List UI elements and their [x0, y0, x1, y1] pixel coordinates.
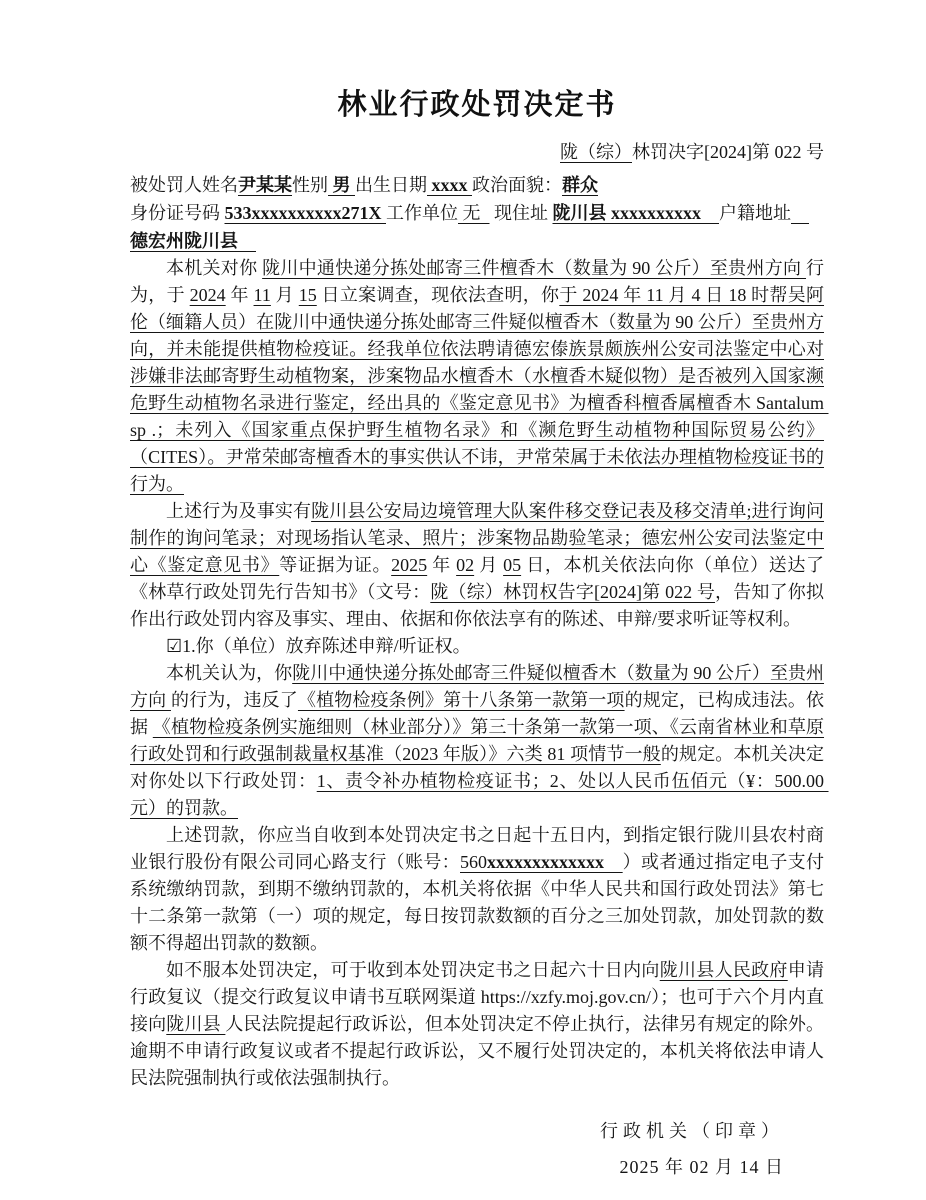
text-segment: 林罚决字[2024]第 022 号: [632, 142, 824, 162]
text-segment: 2025: [391, 555, 427, 575]
text-segment: 陇川县人民政府: [660, 960, 788, 980]
decision-date: 2025 年 02 月 14 日: [130, 1154, 784, 1181]
appeal-paragraph: 如不服本处罚决定，可于收到本处罚决定书之日起六十日内向陇川县人民政府申请行政复议…: [130, 957, 824, 1092]
text-segment: 陇川县: [166, 1014, 225, 1034]
text-segment: 工作单位: [386, 203, 458, 223]
text-segment: 月: [271, 285, 299, 305]
text-segment: 15: [299, 285, 317, 305]
text-segment: 年: [226, 285, 254, 305]
text-segment: xxxx: [427, 175, 472, 195]
text-segment: 男: [328, 175, 355, 195]
issuing-authority: 行政机关（印章）: [130, 1118, 784, 1145]
text-segment: 2024: [190, 285, 226, 305]
facts-paragraph: 本机关对你 陇川中通快递分拣处邮寄三件檀香木（数量为 90 公斤）至贵州方向 行…: [130, 255, 824, 498]
text-segment: 尹某某: [238, 175, 292, 195]
waiver-checkbox-line: ☑1.你（单位）放弃陈述申辩/听证权。: [130, 633, 824, 660]
text-segment: 陇川县 xxxxxxxxxx: [553, 203, 720, 223]
text-segment: 现住址: [490, 203, 553, 223]
text-segment: 无: [458, 203, 490, 223]
respondent-info-line-3: 德宏州陇川县: [130, 227, 824, 255]
respondent-info-line-1: 被处罚人姓名尹某某性别 男 出生日期 xxxx 政治面貌：群众: [130, 171, 824, 199]
text-segment: 陇（综）林罚权告字[2024]第 022 号: [430, 582, 715, 602]
text-segment: 年: [427, 555, 456, 575]
text-segment: 如不服本处罚决定，可于收到本处罚决定书之日起六十日内向: [166, 960, 660, 980]
text-segment: 533xxxxxxxxxx271X: [225, 203, 387, 223]
text-segment: 560: [460, 852, 487, 872]
payment-paragraph: 上述罚款，你应当自收到本处罚决定书之日起十五日内，到指定银行陇川县农村商业银行股…: [130, 822, 824, 957]
text-segment: 本机关对你: [166, 258, 262, 278]
text-segment: 02: [456, 555, 474, 575]
text-segment: 11: [254, 285, 271, 305]
text-segment: 日立案调查，现依法查明，你: [317, 285, 560, 305]
text-segment: [791, 203, 809, 223]
text-segment: 上述行为及事实有: [166, 501, 311, 521]
text-segment: 被处罚人姓名: [130, 175, 238, 195]
evidence-paragraph: 上述行为及事实有陇川县公安局边境管理大队案件移交登记表及移交清单;进行询问制作的…: [130, 498, 824, 633]
text-segment: 人民法院提起行政诉讼，但本处罚决定不停止执行，法律另有规定的除外。逾期不申请行政…: [130, 1014, 824, 1088]
text-segment: 陇川中通快递分拣处邮寄三件檀香木（数量为 90 公斤）至贵州方向: [262, 258, 806, 278]
text-segment: 性别: [292, 175, 328, 195]
text-segment: 本机关认为，你: [166, 663, 292, 683]
text-segment: 《植物检疫条例》第十八条第一款第一项: [298, 690, 625, 710]
penalty-decision-document: 林业行政处罚决定书 陇（综）林罚决字[2024]第 022 号 被处罚人姓名尹某…: [0, 0, 926, 1200]
text-segment: 的行为，违反了: [171, 690, 298, 710]
text-segment: 出生日期: [355, 175, 427, 195]
text-segment: 德宏州陇川县: [130, 231, 256, 251]
respondent-info-line-2: 身份证号码 533xxxxxxxxxx271X 工作单位 无 现住址 陇川县 x…: [130, 199, 824, 227]
text-segment: 群众: [562, 175, 598, 195]
text-segment: 政治面貌：: [472, 175, 562, 195]
text-segment: 身份证号码: [130, 203, 225, 223]
text-segment: 等证据为证。: [279, 555, 391, 575]
document-number: 陇（综）林罚决字[2024]第 022 号: [130, 139, 824, 166]
text-segment: 陇（综）: [560, 142, 632, 162]
document-title: 林业行政处罚决定书: [130, 86, 824, 124]
text-segment: 户籍地址: [719, 203, 791, 223]
text-segment: 月: [474, 555, 503, 575]
signature-block: 行政机关（印章） 2025 年 02 月 14 日: [130, 1118, 784, 1181]
text-segment: 05: [503, 555, 521, 575]
text-segment: 1.你（单位）放弃陈述申辩/听证权。: [182, 636, 471, 656]
text-segment: xxxxxxxxxxxxx: [487, 852, 623, 872]
checked-checkbox-icon: ☑: [166, 636, 182, 656]
text-segment: 于 2024 年 11 月 4 日 18 时帮吴阿伦（缅籍人员）在陇川中通快递分…: [130, 285, 829, 494]
decision-paragraph: 本机关认为，你陇川中通快递分拣处邮寄三件疑似檀香木（数量为 90 公斤）至贵州方…: [130, 660, 824, 822]
